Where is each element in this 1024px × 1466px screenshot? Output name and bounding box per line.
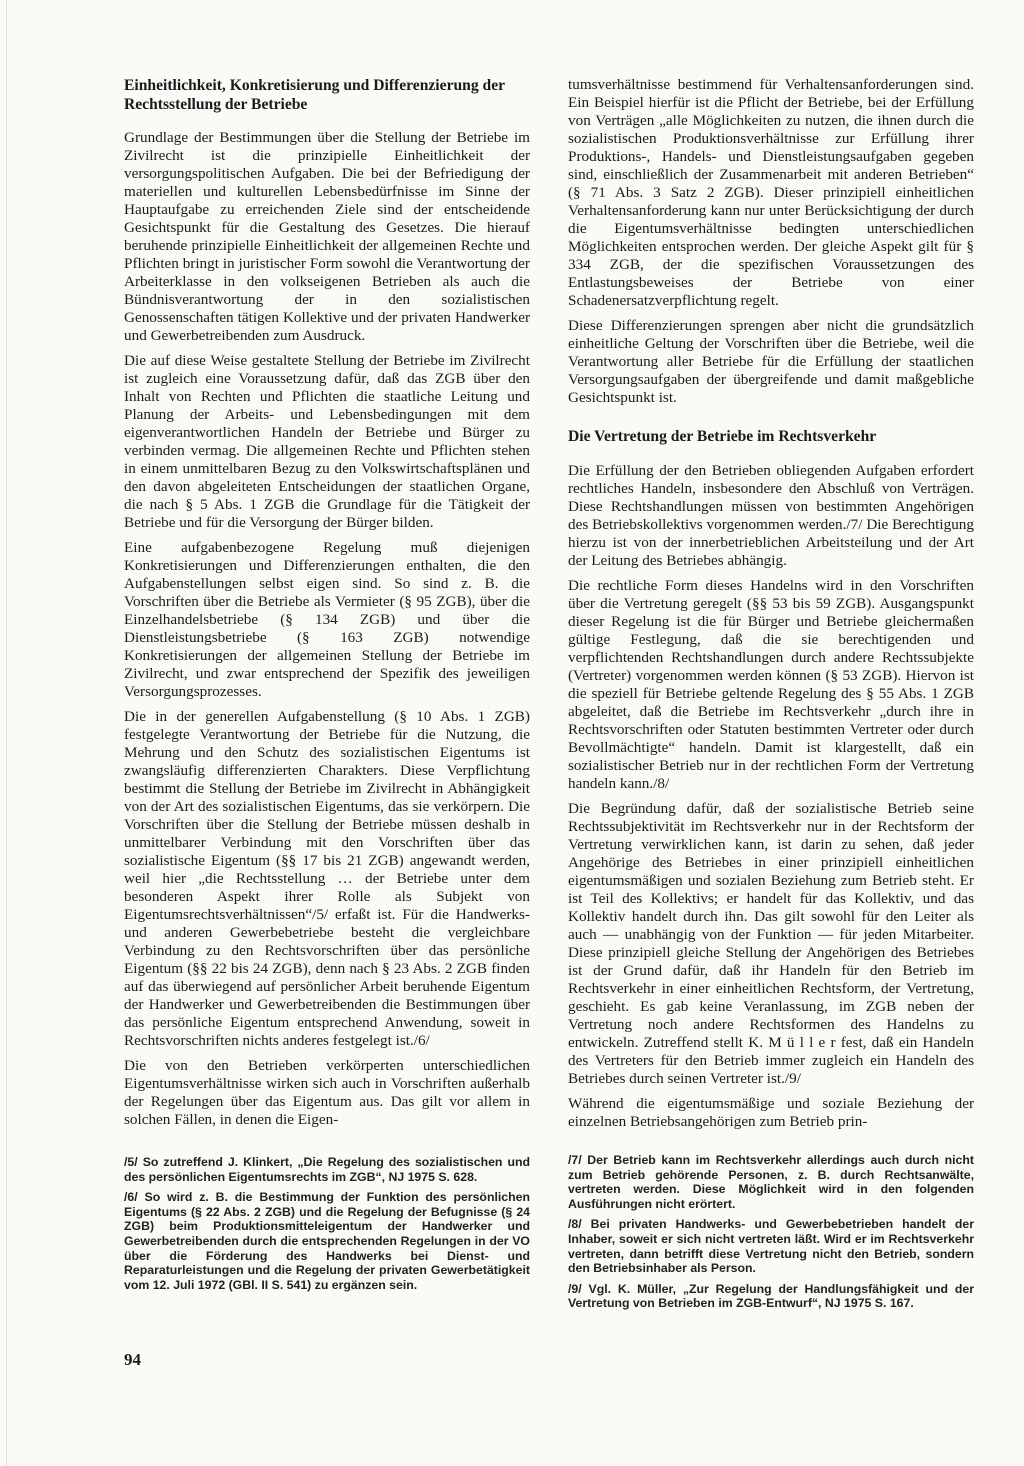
body-paragraph: Eine aufgabenbezogene Regelung muß dieje… bbox=[124, 539, 530, 701]
page-number: 94 bbox=[124, 1350, 530, 1370]
footnote-8: /8/ Bei privaten Handwerks- und Gewerbeb… bbox=[568, 1217, 974, 1275]
section-heading-einheitlichkeit: Einheitlichkeit, Konkretisierung und Dif… bbox=[124, 76, 530, 114]
footnote-5: /5/ So zutreffend J. Klinkert, „Die Rege… bbox=[124, 1155, 530, 1184]
body-paragraph: Grundlage der Bestimmungen über die Stel… bbox=[124, 129, 530, 345]
journal-page: Einheitlichkeit, Konkretisierung und Dif… bbox=[0, 0, 1024, 1370]
body-paragraph: Die auf diese Weise gestaltete Stellung … bbox=[124, 352, 530, 532]
body-paragraph: Die von den Betrieben verkörperten unter… bbox=[124, 1057, 530, 1129]
section-heading-vertretung: Die Vertretung der Betriebe im Rechtsver… bbox=[568, 427, 974, 446]
right-column: tumsverhältnisse bestimmend für Verhalte… bbox=[568, 76, 974, 1370]
scan-edge-line bbox=[6, 0, 7, 1466]
body-paragraph: Die in der generellen Aufgabenstellung (… bbox=[124, 708, 530, 1050]
body-paragraph: tumsverhältnisse bestimmend für Verhalte… bbox=[568, 76, 974, 310]
left-footnotes: /5/ So zutreffend J. Klinkert, „Die Rege… bbox=[124, 1155, 530, 1292]
body-paragraph: Die Erfüllung der den Betrieben obliegen… bbox=[568, 462, 974, 570]
body-paragraph: Während die eigentumsmäßige und soziale … bbox=[568, 1095, 974, 1131]
footnote-9: /9/ Vgl. K. Müller, „Zur Regelung der Ha… bbox=[568, 1282, 974, 1311]
left-column: Einheitlichkeit, Konkretisierung und Dif… bbox=[124, 76, 530, 1370]
body-paragraph: Diese Differenzierungen sprengen aber ni… bbox=[568, 317, 974, 407]
body-paragraph: Die Begründung dafür, daß der sozialisti… bbox=[568, 800, 974, 1088]
footnote-7: /7/ Der Betrieb kann im Rechtsverkehr al… bbox=[568, 1153, 974, 1211]
body-paragraph: Die rechtliche Form dieses Handelns wird… bbox=[568, 577, 974, 793]
footnote-6: /6/ So wird z. B. die Bestimmung der Fun… bbox=[124, 1190, 530, 1292]
right-footnotes: /7/ Der Betrieb kann im Rechtsverkehr al… bbox=[568, 1153, 974, 1311]
